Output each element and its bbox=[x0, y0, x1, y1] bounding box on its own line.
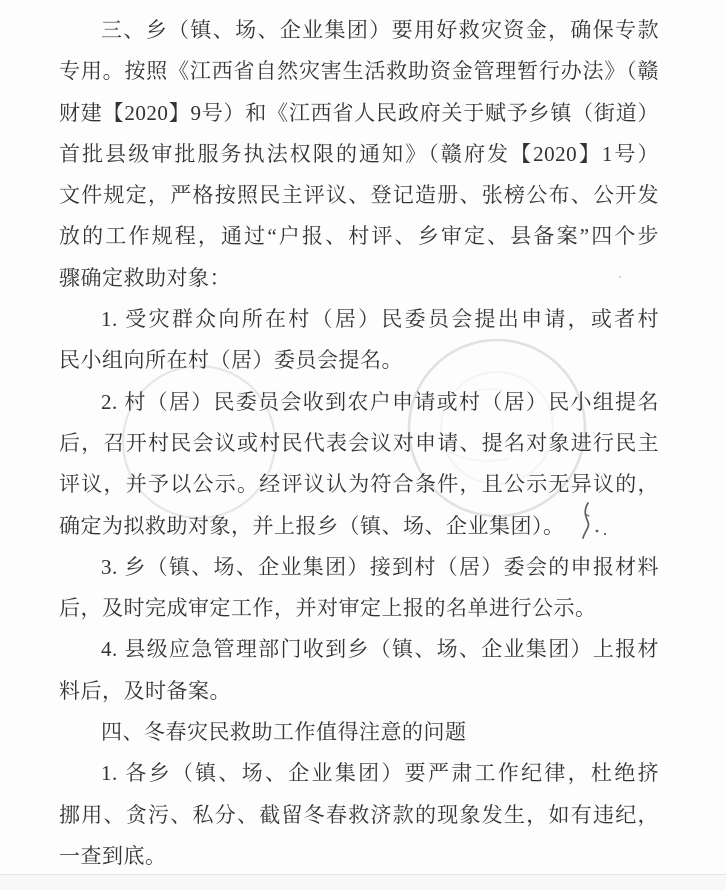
document-page: 三、乡（镇、场、企业集团）要用好救灾资金，确保专款 专用。按照《江西省自然灾害生… bbox=[0, 0, 726, 890]
doc-line: 评议，并予以公示。经评议认为符合条件，且公示无异议的， bbox=[59, 464, 659, 505]
doc-line: 文件规定，严格按照民主评议、登记造册、张榜公布、公开发 bbox=[59, 175, 659, 216]
doc-line: 首批县级审批服务执法权限的通知》（赣府发【2020】1号） bbox=[59, 134, 659, 175]
doc-line: 财建【2020】9号）和《江西省人民政府关于赋予乡镇（街道） bbox=[59, 93, 659, 134]
doc-line: 民小组向所在村（居）委员会提名。 bbox=[59, 340, 659, 381]
doc-line: 确定为拟救助对象，并上报乡（镇、场、企业集团）。 bbox=[59, 506, 659, 547]
doc-line: 一查到底。 bbox=[59, 836, 659, 877]
doc-line: 4. 县级应急管理部门收到乡（镇、场、企业集团）上报材 bbox=[59, 629, 659, 670]
page-edge-shadow bbox=[0, 874, 726, 890]
document-body: 三、乡（镇、场、企业集团）要用好救灾资金，确保专款 专用。按照《江西省自然灾害生… bbox=[59, 10, 659, 877]
doc-line: 1. 各乡（镇、场、企业集团）要严肃工作纪律，杜绝挤占、 bbox=[59, 753, 659, 794]
doc-line: 专用。按照《江西省自然灾害生活救助资金管理暂行办法》（赣 bbox=[59, 51, 659, 92]
doc-line: 挪用、贪污、私分、截留冬春救济款的现象发生，如有违纪， bbox=[59, 795, 659, 836]
doc-line: 后，召开村民会议或村民代表会议对申请、提名对象进行民主 bbox=[59, 423, 659, 464]
doc-line: 3. 乡（镇、场、企业集团）接到村（居）委会的申报材料 bbox=[59, 547, 659, 588]
doc-line: 1. 受灾群众向所在村（居）民委员会提出申请，或者村（居） bbox=[59, 299, 659, 340]
doc-line: 料后，及时备案。 bbox=[59, 671, 659, 712]
doc-section-heading: 四、冬春灾民救助工作值得注意的问题 bbox=[59, 712, 659, 753]
doc-line: 2. 村（居）民委员会收到农户申请或村（居）民小组提名 bbox=[59, 382, 659, 423]
doc-line: 骤确定救助对象： bbox=[59, 258, 659, 299]
doc-line: 三、乡（镇、场、企业集团）要用好救灾资金，确保专款 bbox=[59, 10, 659, 51]
doc-line: 后，及时完成审定工作，并对审定上报的名单进行公示。 bbox=[59, 588, 659, 629]
doc-line: 放的工作规程，通过“户报、村评、乡审定、县备案”四个步 bbox=[59, 216, 659, 257]
